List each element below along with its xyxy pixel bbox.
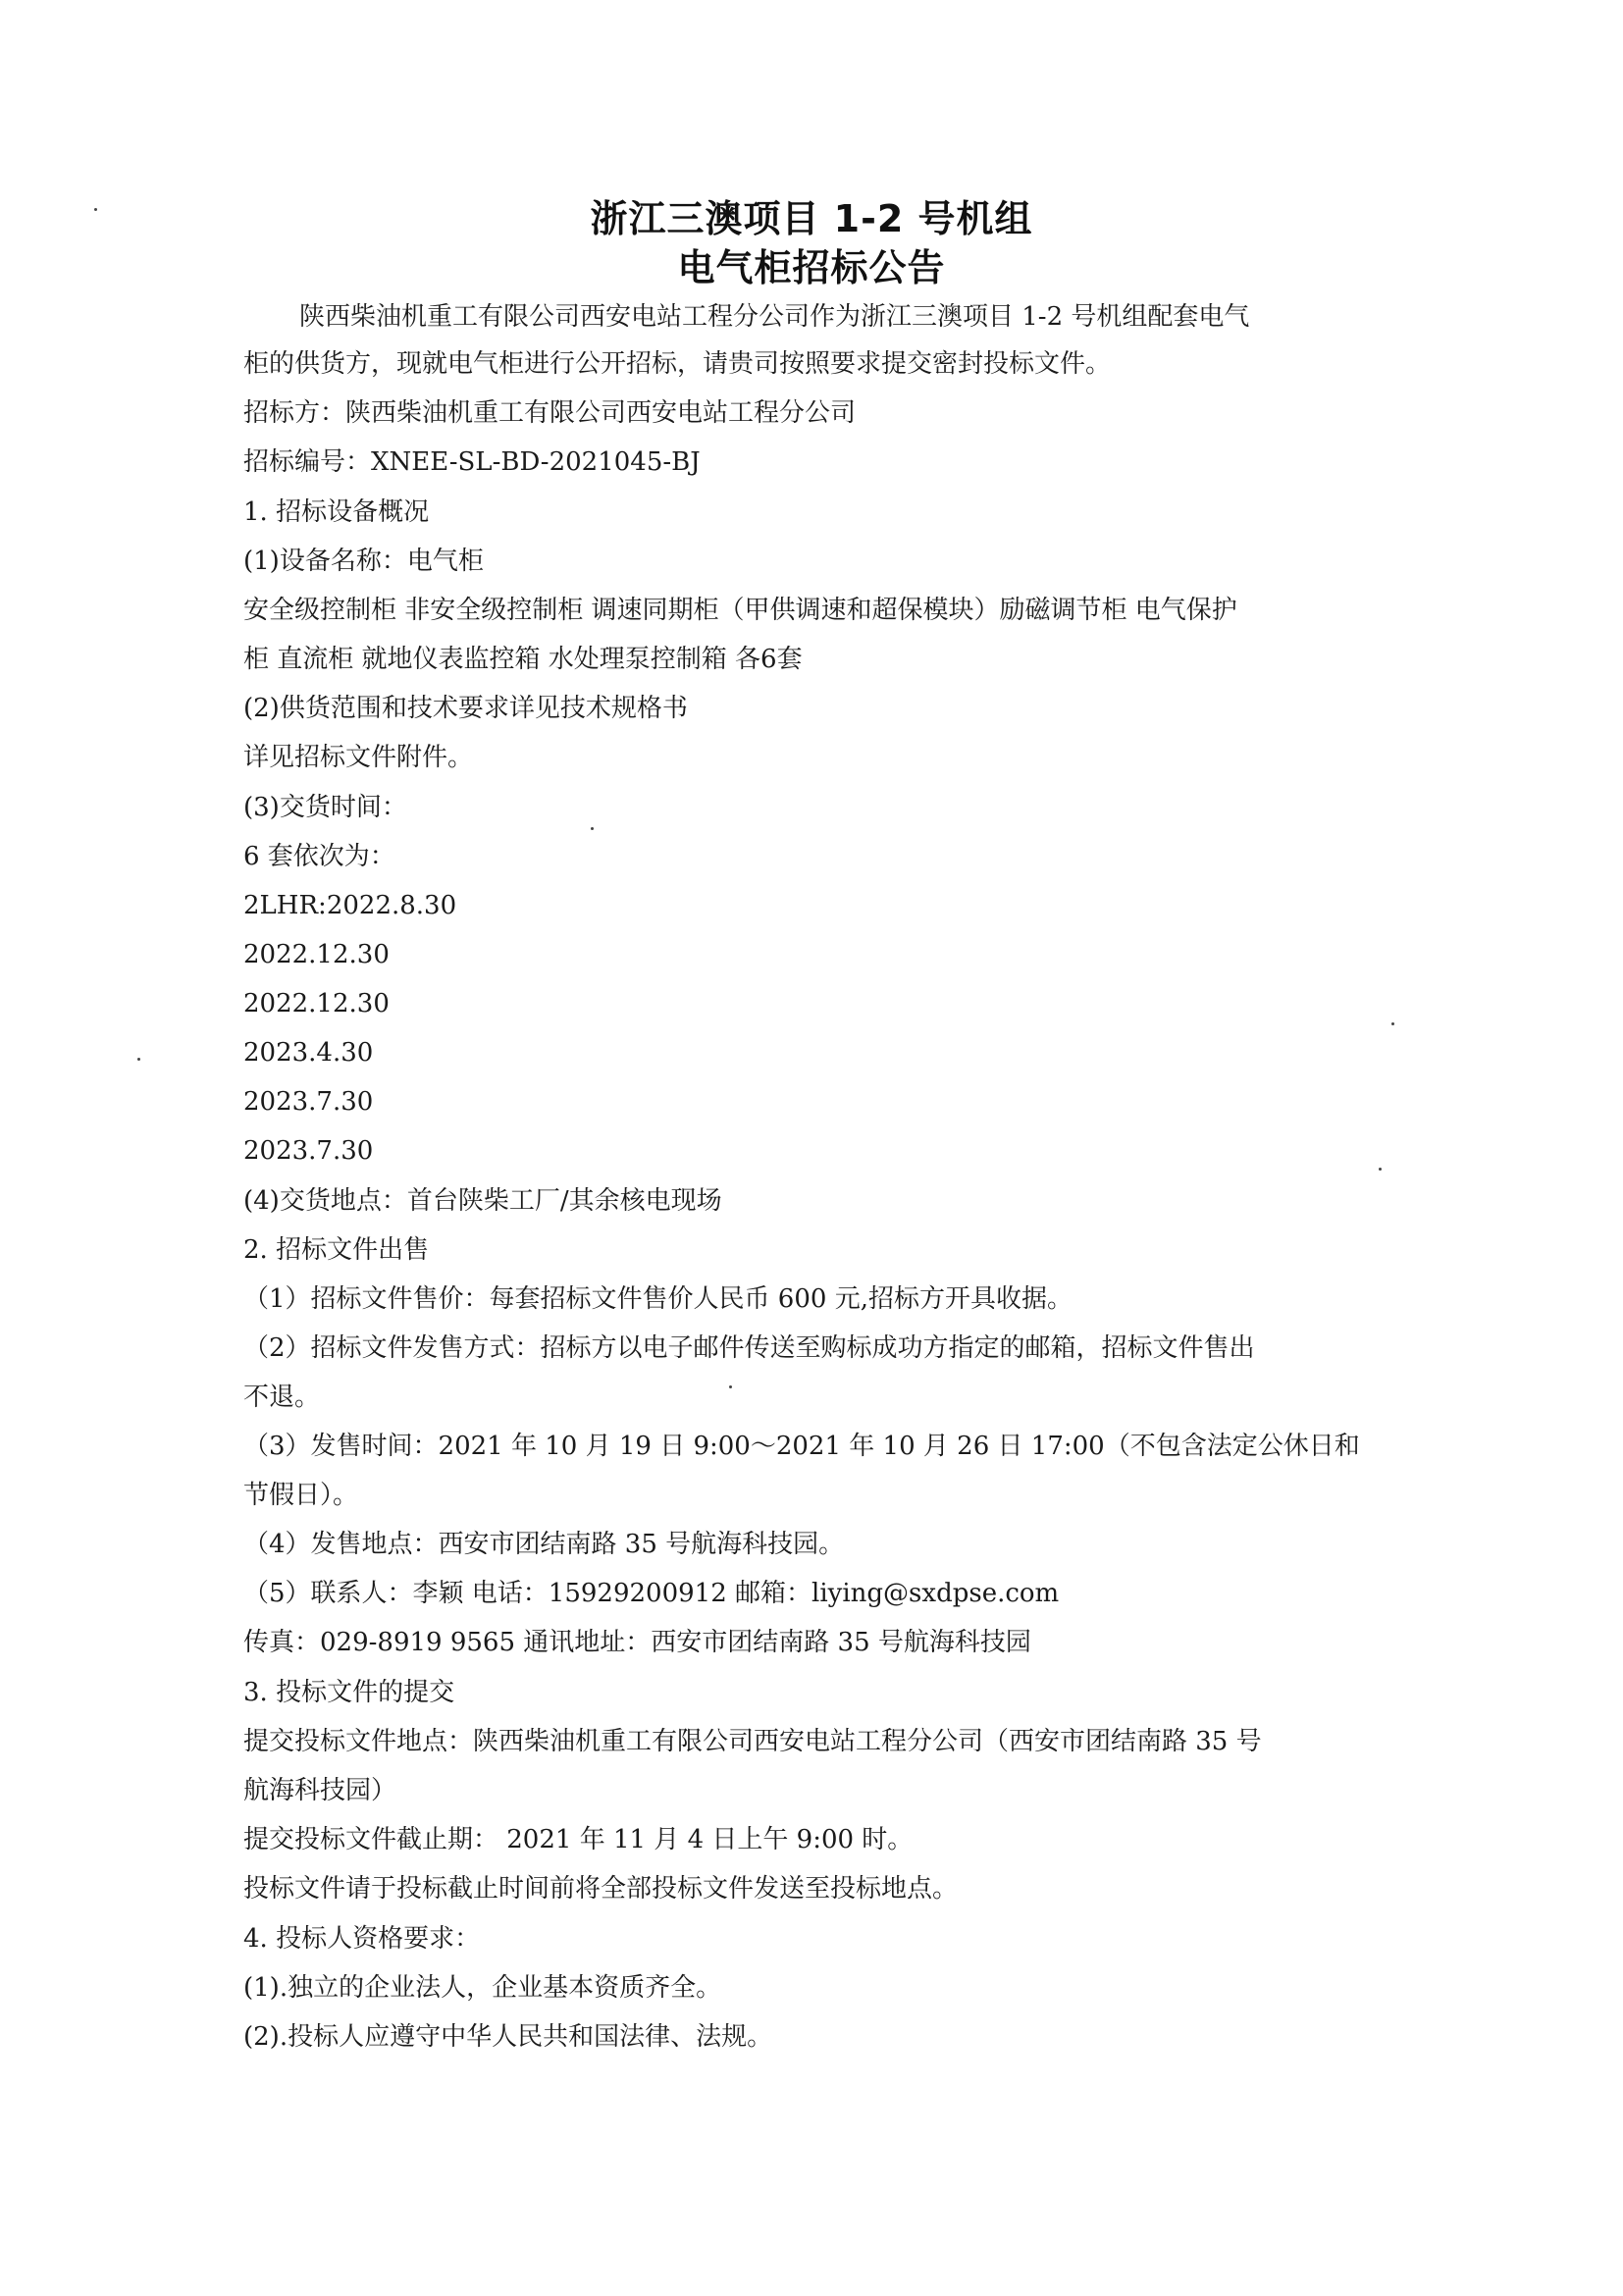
delivery-date-item: 2022.12.30 [243, 938, 390, 971]
delivery-date-item: 2023.7.30 [243, 1134, 373, 1168]
submission-deadline-line: 提交投标文件截止期： 2021 年 11 月 4 日上午 9:00 时。 [243, 1823, 913, 1856]
delivery-date-item: 2023.4.30 [243, 1036, 373, 1070]
equipment-list-line2: 柜 直流柜 就地仪表监控箱 水处理泵控制箱 各6套 [243, 643, 803, 676]
tender-number-line: 招标编号：XNEE-SL-BD-2021045-BJ [243, 445, 701, 479]
submission-location-line1: 提交投标文件地点：陕西柴油机重工有限公司西安电站工程分公司（西安市团结南路 35… [243, 1725, 1262, 1758]
delivery-location-line: (4)交货地点：首台陕柴工厂/其余核电现场 [243, 1184, 722, 1218]
submission-note-line: 投标文件请于投标截止时间前将全部投标文件发送至投标地点。 [243, 1872, 958, 1905]
scan-speck [729, 1385, 732, 1388]
contact-line: （5）联系人：李颖 电话：15929200912 邮箱：liying@sxdps… [243, 1577, 1059, 1610]
document-price-line: （1）招标文件售价：每套招标文件售价人民币 600 元,招标方开具收据。 [243, 1282, 1073, 1316]
qualification-item: (2).投标人应遵守中华人民共和国法律、法规。 [243, 2020, 772, 2054]
equipment-list-line1: 安全级控制柜 非安全级控制柜 调速同期柜（甲供调速和超保模块）励磁调节柜 电气保… [243, 594, 1237, 627]
scope-detail-line: 详见招标文件附件。 [243, 741, 473, 774]
delivery-sequence-label: 6 套依次为： [243, 840, 395, 873]
section2-heading: 2. 招标文件出售 [243, 1233, 429, 1267]
sale-method-line2: 不退。 [243, 1381, 320, 1414]
delivery-date-item: 2022.12.30 [243, 987, 390, 1020]
section1-heading: 1. 招标设备概况 [243, 496, 429, 529]
delivery-time-label: (3)交货时间： [243, 791, 407, 824]
document-page: 浙江三澳项目 1-2 号机组 电气柜招标公告 陕西柴油机重工有限公司西安电站工程… [0, 0, 1623, 2296]
scope-line: (2)供货范围和技术要求详见技术规格书 [243, 692, 688, 725]
document-title-line2: 电气柜招标公告 [0, 237, 1623, 291]
qualification-item: (1).独立的企业法人，企业基本资质齐全。 [243, 1971, 721, 2005]
fax-address-line: 传真：029-8919 9565 通讯地址：西安市团结南路 35 号航海科技园 [243, 1626, 1031, 1659]
equipment-name-line: (1)设备名称：电气柜 [243, 545, 484, 578]
tenderer-line: 招标方：陕西柴油机重工有限公司西安电站工程分公司 [243, 396, 856, 430]
delivery-date-item: 2LHR:2022.8.30 [243, 889, 456, 922]
section3-heading: 3. 投标文件的提交 [243, 1676, 454, 1709]
scan-speck [94, 208, 97, 211]
scan-speck [1391, 1022, 1394, 1025]
scan-speck [1379, 1168, 1382, 1171]
scan-speck [591, 827, 594, 830]
sale-place-line: （4）发售地点：西安市团结南路 35 号航海科技园。 [243, 1528, 844, 1561]
section4-heading: 4. 投标人资格要求： [243, 1922, 480, 1956]
delivery-date-item: 2023.7.30 [243, 1085, 373, 1119]
sale-time-line2: 节假日）。 [243, 1479, 358, 1512]
submission-location-line2: 航海科技园） [243, 1774, 396, 1807]
document-title-line1: 浙江三澳项目 1-2 号机组 [0, 188, 1623, 242]
scan-speck [137, 1058, 140, 1061]
intro-paragraph-line1: 陕西柴油机重工有限公司西安电站工程分公司作为浙江三澳项目 1-2 号机组配套电气 [299, 300, 1249, 334]
sale-time-line1: （3）发售时间：2021 年 10 月 19 日 9:00～2021 年 10 … [243, 1430, 1360, 1463]
intro-paragraph-line2: 柜的供货方，现就电气柜进行公开招标，请贵司按照要求提交密封投标文件。 [243, 347, 1111, 381]
sale-method-line1: （2）招标文件发售方式：招标方以电子邮件传送至购标成功方指定的邮箱，招标文件售出 [243, 1331, 1255, 1365]
